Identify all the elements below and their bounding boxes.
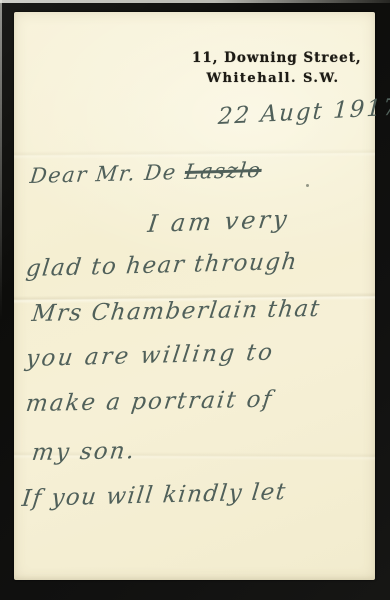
ink-speck	[306, 184, 309, 187]
letter-paper: 11, Downing Street, Whitehall. S.W. 22 A…	[14, 12, 375, 580]
handwriting-line: my son.	[30, 438, 137, 466]
scan-edge	[0, 0, 390, 3]
letterhead: 11, Downing Street, Whitehall. S.W.	[192, 50, 354, 86]
letterhead-address-line: 11, Downing Street,	[192, 50, 354, 66]
letterhead-district-line: Whitehall. S.W.	[192, 71, 354, 86]
salutation-line: Dear Mr. De Laszlo	[29, 158, 263, 188]
salutation-name-struck: Laszlo	[184, 158, 263, 184]
handwriting-line: you are willing to	[24, 339, 276, 372]
ink-speck	[262, 405, 264, 407]
handwriting-line: If you will kindly let	[21, 479, 289, 512]
scan-edge	[0, 0, 2, 320]
letter-photograph: 11, Downing Street, Whitehall. S.W. 22 A…	[0, 0, 390, 600]
fold-crease	[14, 149, 375, 160]
handwriting-line: glad to hear through	[25, 249, 300, 282]
handwriting-line: make a portrait of	[24, 387, 274, 417]
handwritten-date: 22 Augt 1917	[217, 94, 390, 130]
handwriting-line: I am very	[146, 205, 291, 238]
handwriting-line: Mrs Chamberlain that	[30, 296, 322, 327]
salutation-prefix: Dear Mr. De	[29, 160, 187, 188]
